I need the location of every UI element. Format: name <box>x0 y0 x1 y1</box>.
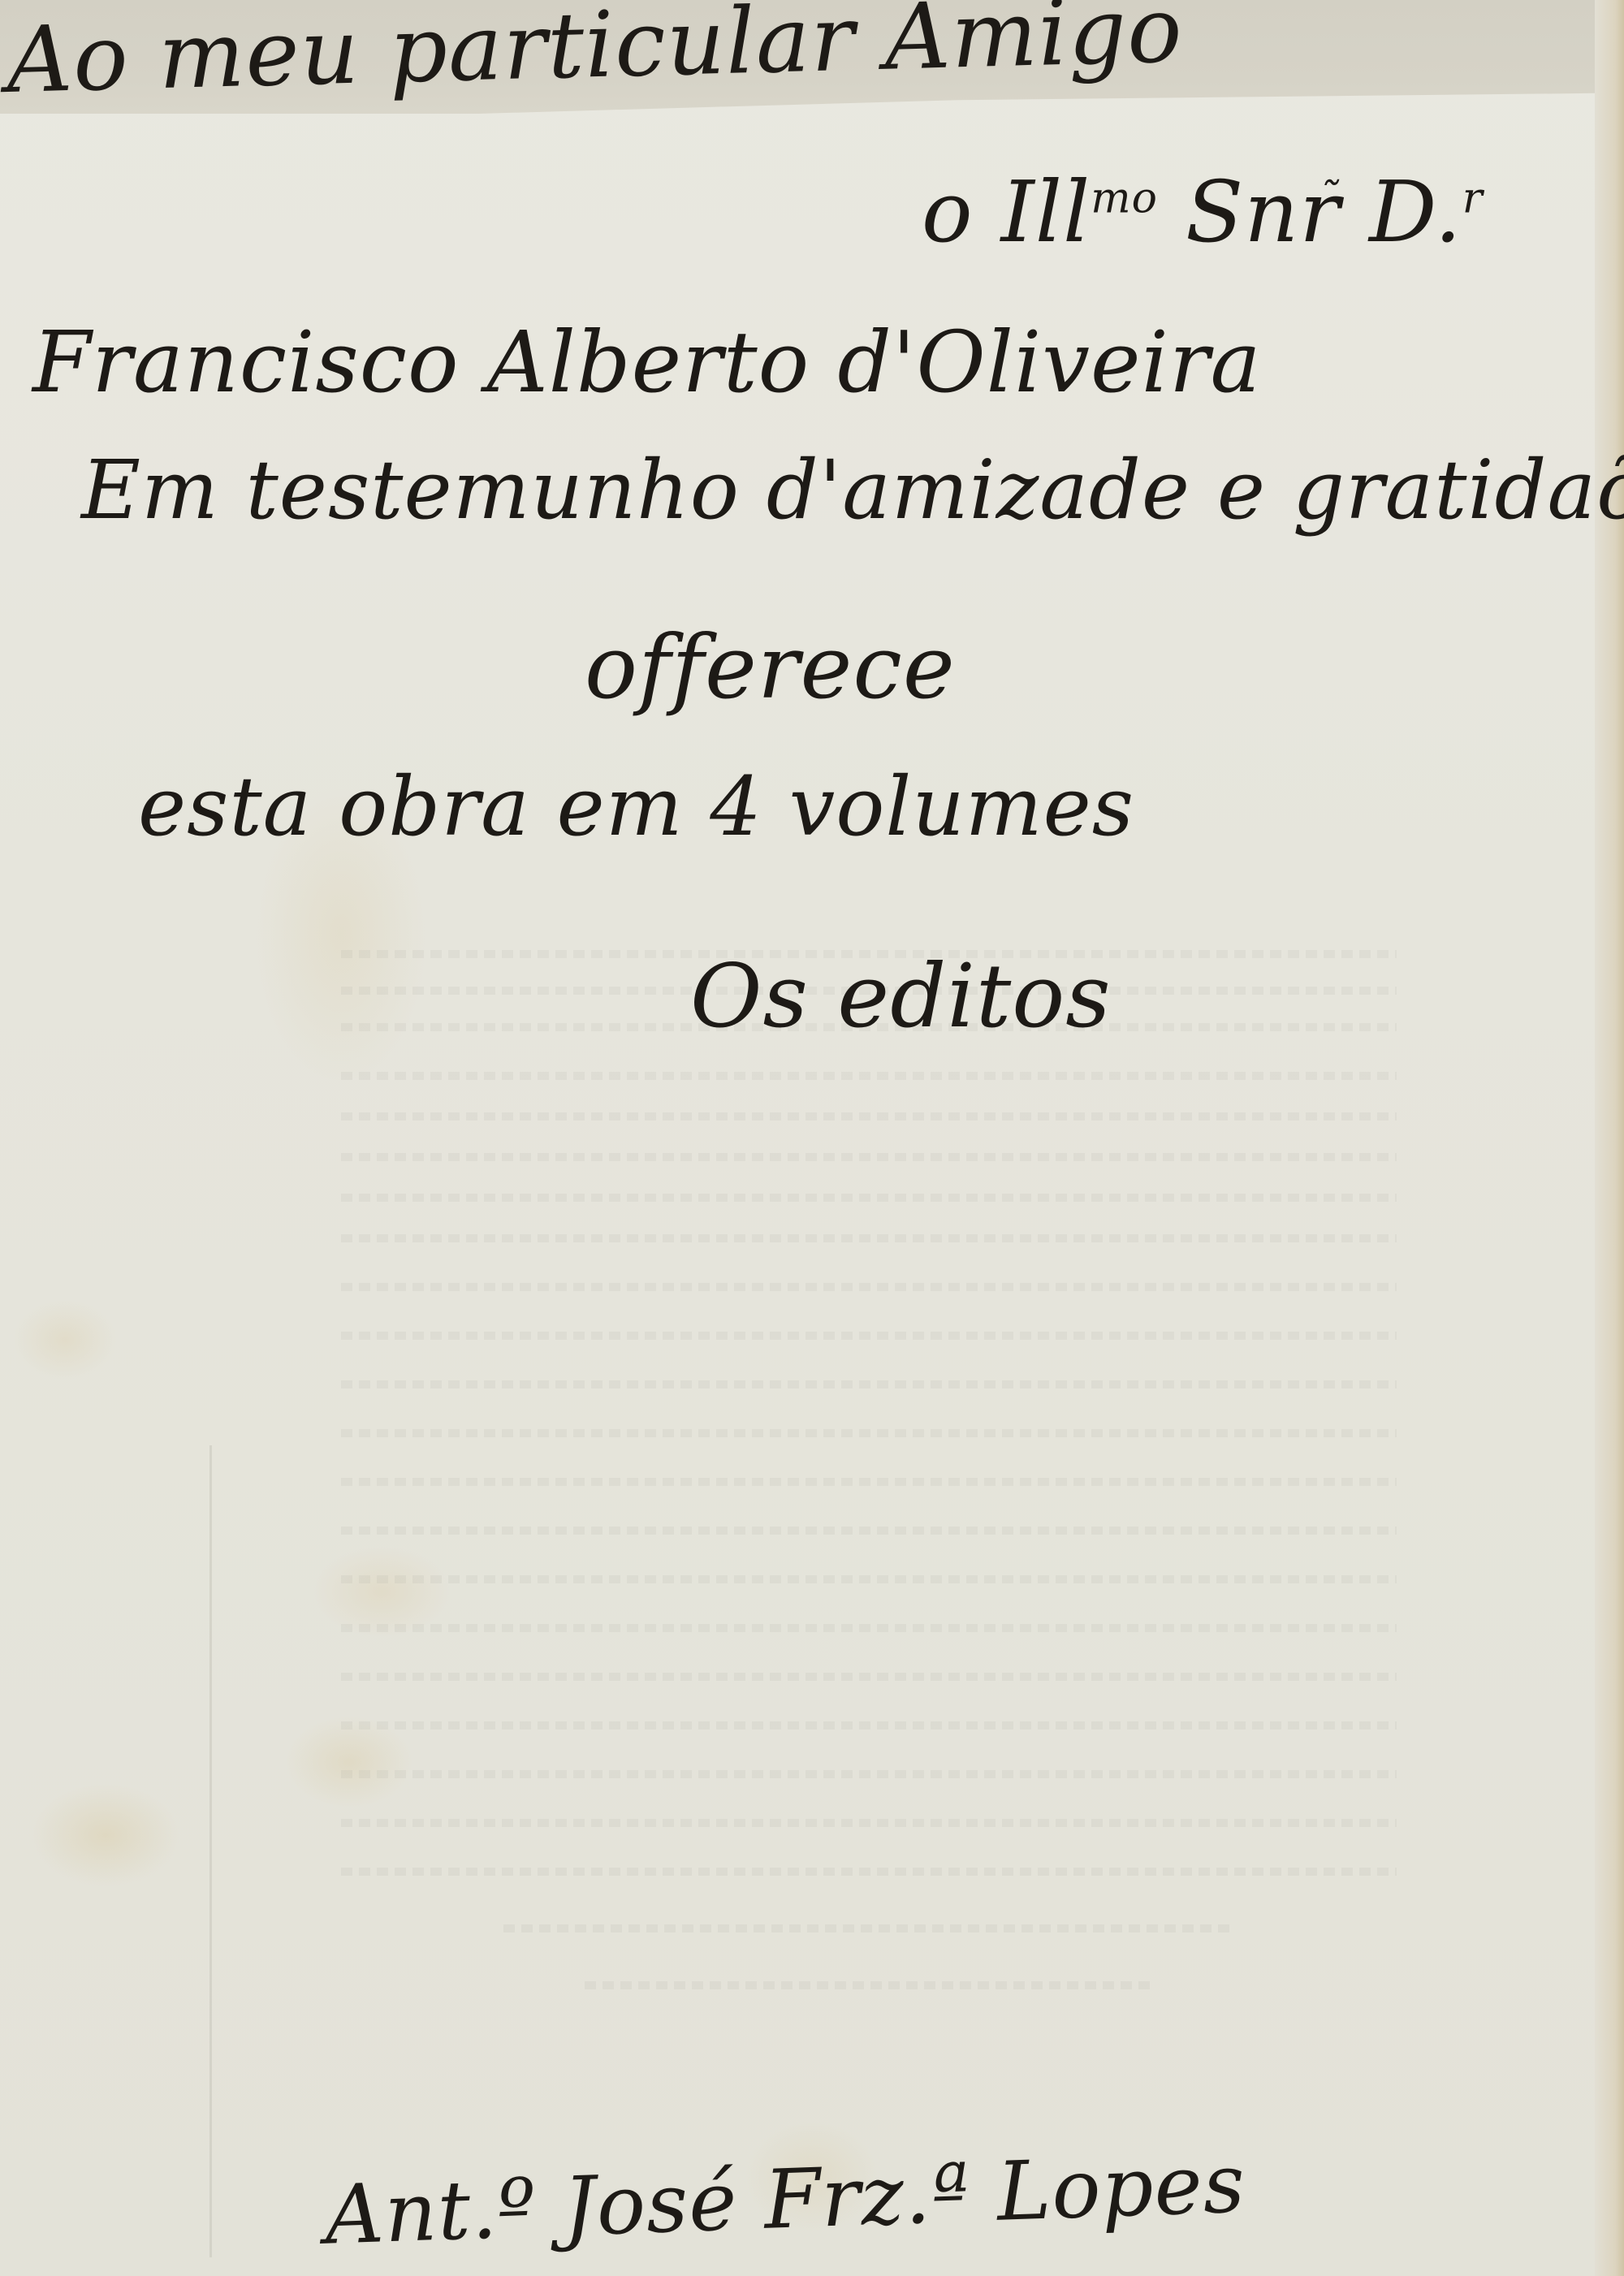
bleed-through-text <box>341 1624 1397 1632</box>
bleed-through-text <box>341 1332 1397 1340</box>
title-prefix: o Ill <box>922 162 1091 261</box>
bleed-through-text <box>341 1234 1397 1242</box>
title-snr: Snr <box>1158 162 1341 261</box>
title-superscript-r: r <box>1462 174 1484 222</box>
recipient-name: Francisco Alberto d'Oliveira <box>32 313 1262 412</box>
bleed-through-text <box>341 1429 1397 1437</box>
bleed-through-text <box>341 1673 1397 1681</box>
bleed-through-text <box>503 1924 1234 1933</box>
bleed-through-text <box>341 1380 1397 1388</box>
bleed-through-text <box>341 1721 1397 1730</box>
bleed-through-text <box>341 1072 1397 1080</box>
bleed-through-text <box>341 1770 1397 1778</box>
book-page: Ao meu particular Amigo o Illmo Snr̃ D.r… <box>0 0 1624 2276</box>
inscription-line-4: Em testemunho d'amizade e gratidaõ <box>81 443 1624 538</box>
paper-crease <box>209 1445 212 2257</box>
bleed-through-text <box>585 1981 1153 1989</box>
bleed-through-text <box>341 1527 1397 1535</box>
inscription-line-2-title: o Illmo Snr̃ D.r <box>922 162 1484 261</box>
inscription-line-7: Os editos <box>690 946 1112 1047</box>
title-superscript-mo: mo <box>1091 174 1158 222</box>
bleed-through-text <box>341 1112 1397 1121</box>
bleed-through-text <box>341 1153 1397 1161</box>
inscription-line-5: offerece <box>585 617 956 719</box>
bleed-through-text <box>341 1478 1397 1486</box>
page-right-edge <box>1595 0 1624 2276</box>
bleed-through-text <box>341 1575 1397 1583</box>
bleed-through-text <box>341 1868 1397 1876</box>
signature: Ant.º José Frz.ª Lopes <box>323 2136 1246 2263</box>
bleed-through-text <box>341 1194 1397 1202</box>
title-dr: D. <box>1341 162 1462 261</box>
inscription-line-6: esta obra em 4 volumes <box>138 759 1134 854</box>
bleed-through-text <box>341 1819 1397 1827</box>
bleed-through-text <box>341 1283 1397 1291</box>
